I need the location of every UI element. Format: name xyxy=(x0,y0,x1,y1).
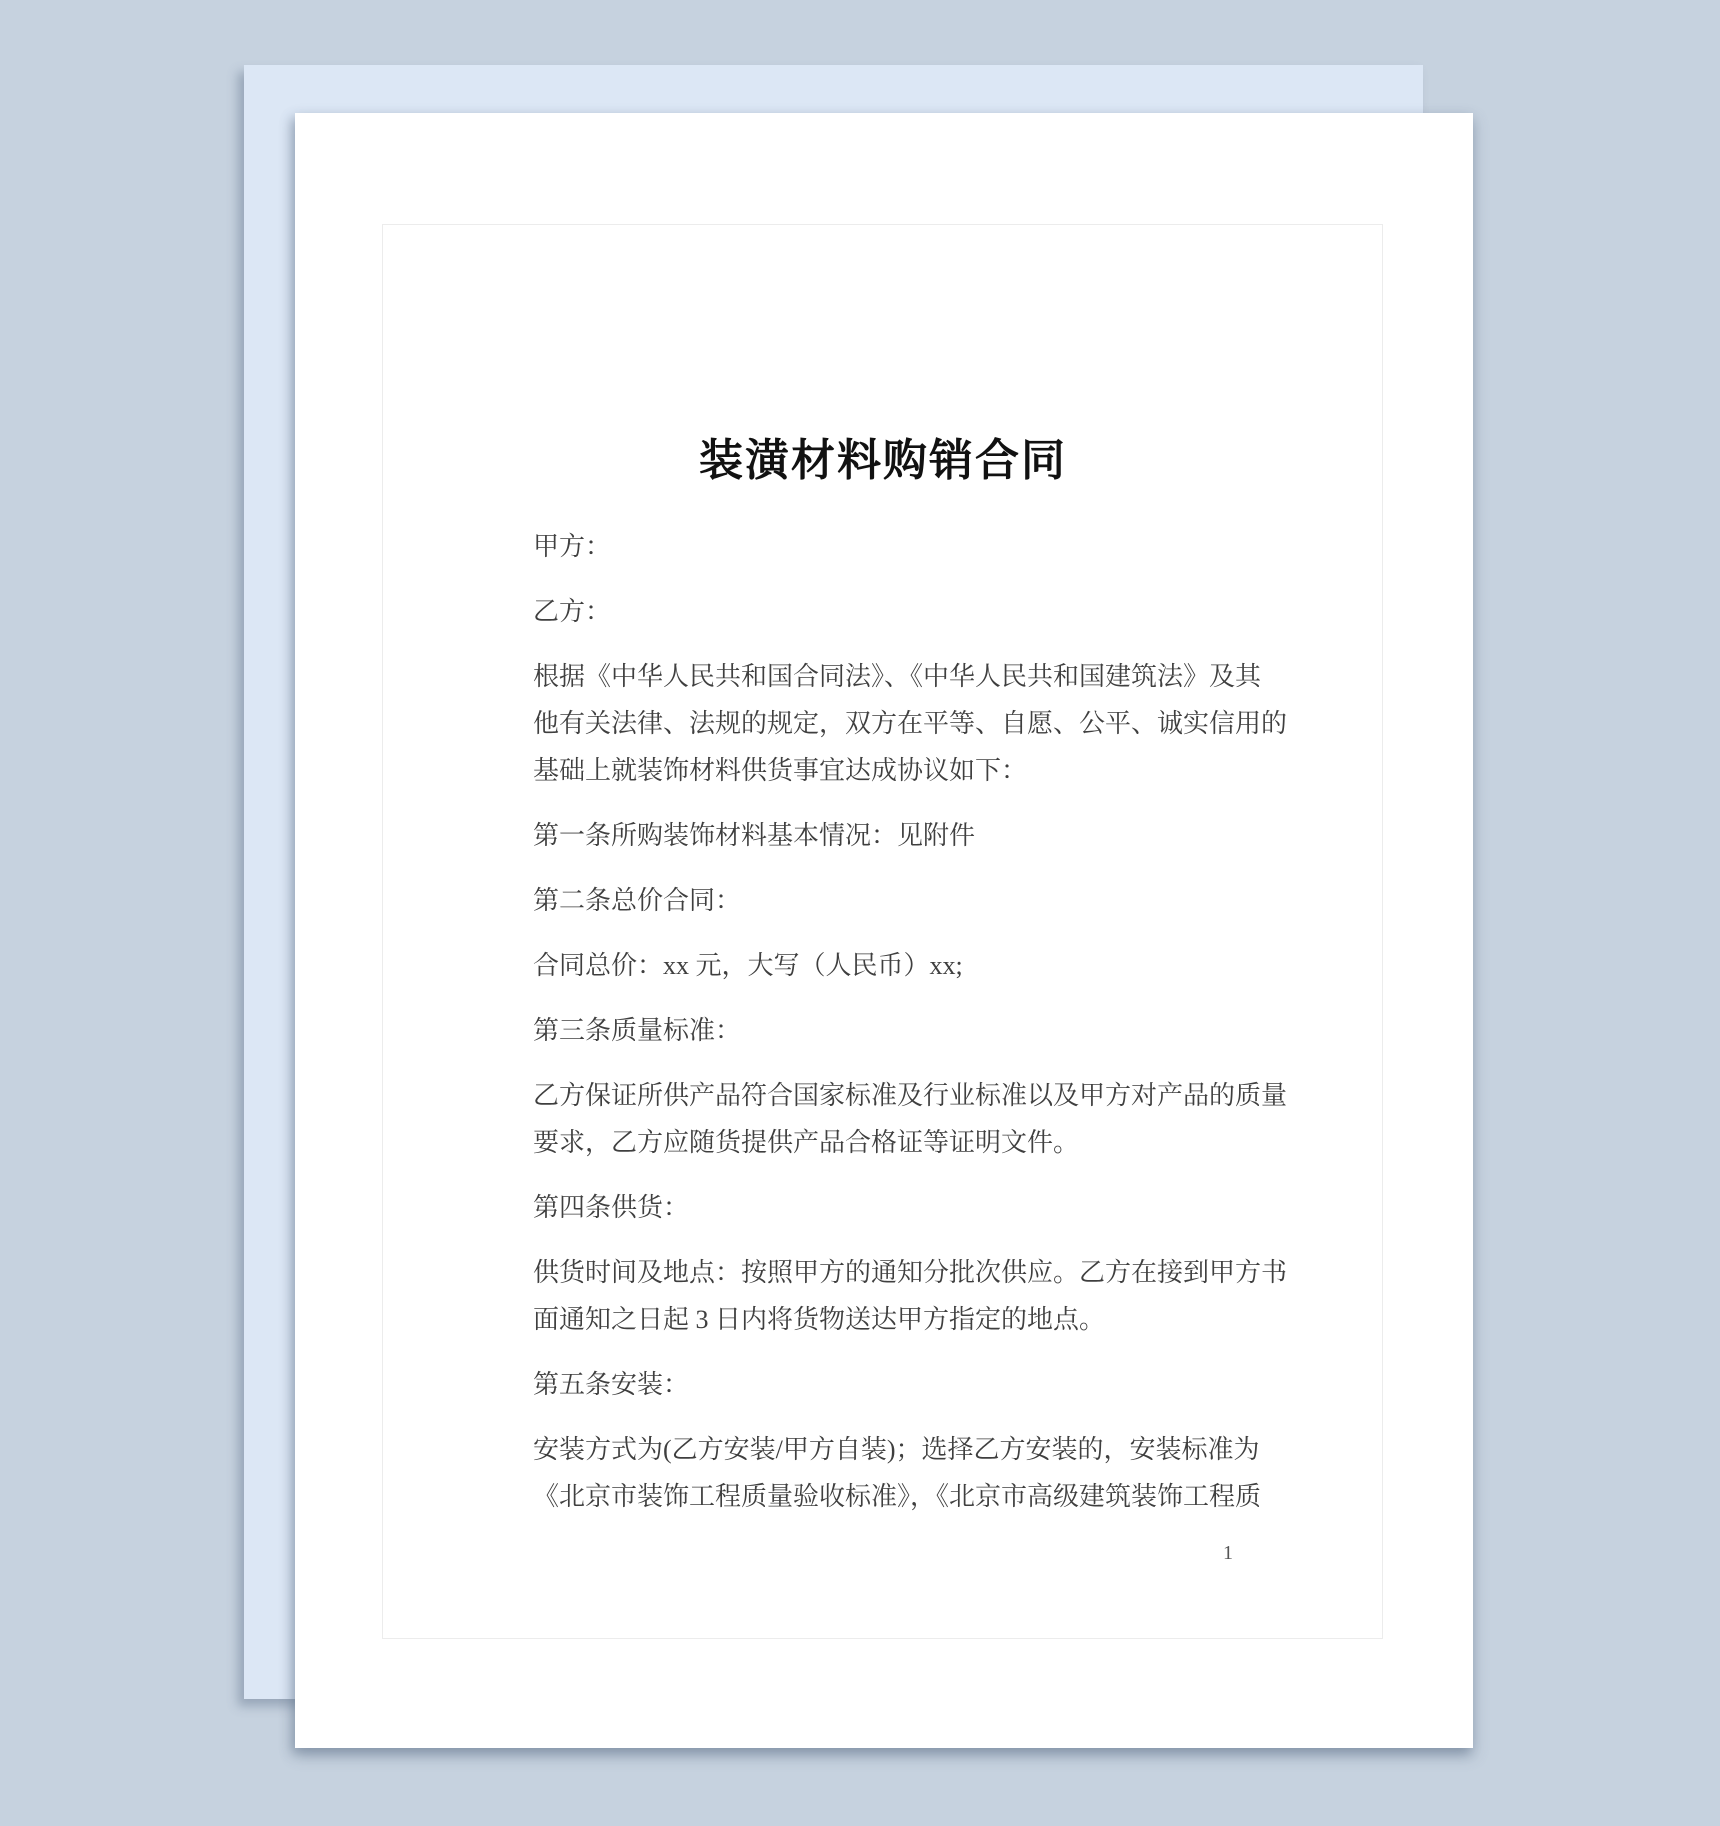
paragraph-total-price: 合同总价：xx 元，大写（人民币）xx; xyxy=(533,942,1233,989)
paragraph-quality: 乙方保证所供产品符合国家标准及行业标准以及甲方对产品的质量 要求，乙方应随货提供… xyxy=(533,1072,1233,1166)
paragraph-clause-5: 第五条安装： xyxy=(533,1361,1233,1408)
document-canvas: 装潢材料购销合同 甲方： 乙方： 根据《中华人民共和国合同法》、《中华人民共和国… xyxy=(0,0,1720,1826)
text-line: 《北京市装饰工程质量验收标准》，《北京市高级建筑装饰工程质 xyxy=(533,1473,1233,1520)
text-line: 要求，乙方应随货提供产品合格证等证明文件。 xyxy=(533,1119,1233,1166)
text-line: 他有关法律、法规的规定，双方在平等、自愿、公平、诚实信用的 xyxy=(533,700,1233,747)
paragraph-clause-4: 第四条供货： xyxy=(533,1184,1233,1231)
paragraph-preamble: 根据《中华人民共和国合同法》、《中华人民共和国建筑法》及其 他有关法律、法规的规… xyxy=(533,653,1233,794)
paragraph-party-a: 甲方： xyxy=(533,523,1233,570)
paragraph-party-b: 乙方： xyxy=(533,588,1233,635)
text-line: 乙方保证所供产品符合国家标准及行业标准以及甲方对产品的质量 xyxy=(533,1072,1233,1119)
text-line: 第二条总价合同： xyxy=(533,877,1233,924)
text-line: 合同总价：xx 元，大写（人民币）xx; xyxy=(533,942,1233,989)
paragraph-clause-1: 第一条所购装饰材料基本情况：见附件 xyxy=(533,812,1233,859)
paragraph-clause-2: 第二条总价合同： xyxy=(533,877,1233,924)
text-line: 第三条质量标准： xyxy=(533,1007,1233,1054)
text-line: 安装方式为(乙方安装/甲方自装)；选择乙方安装的，安装标准为 xyxy=(533,1426,1233,1473)
text-line: 乙方： xyxy=(533,588,1233,635)
paragraph-clause-3: 第三条质量标准： xyxy=(533,1007,1233,1054)
text-line: 面通知之日起 3 日内将货物送达甲方指定的地点。 xyxy=(533,1296,1233,1343)
page-number: 1 xyxy=(533,1541,1233,1565)
document-title: 装潢材料购销合同 xyxy=(533,437,1233,485)
document-page: 装潢材料购销合同 甲方： 乙方： 根据《中华人民共和国合同法》、《中华人民共和国… xyxy=(295,113,1473,1748)
text-line: 根据《中华人民共和国合同法》、《中华人民共和国建筑法》及其 xyxy=(533,653,1233,700)
text-line: 第四条供货： xyxy=(533,1184,1233,1231)
text-line: 第五条安装： xyxy=(533,1361,1233,1408)
text-line: 供货时间及地点：按照甲方的通知分批次供应。乙方在接到甲方书 xyxy=(533,1249,1233,1296)
paragraph-installation: 安装方式为(乙方安装/甲方自装)；选择乙方安装的，安装标准为 《北京市装饰工程质… xyxy=(533,1426,1233,1520)
document-content: 装潢材料购销合同 甲方： 乙方： 根据《中华人民共和国合同法》、《中华人民共和国… xyxy=(533,437,1233,1538)
text-line: 第一条所购装饰材料基本情况：见附件 xyxy=(533,812,1233,859)
text-line: 甲方： xyxy=(533,523,1233,570)
text-line: 基础上就装饰材料供货事宜达成协议如下： xyxy=(533,747,1233,794)
paragraph-supply: 供货时间及地点：按照甲方的通知分批次供应。乙方在接到甲方书 面通知之日起 3 日… xyxy=(533,1249,1233,1343)
